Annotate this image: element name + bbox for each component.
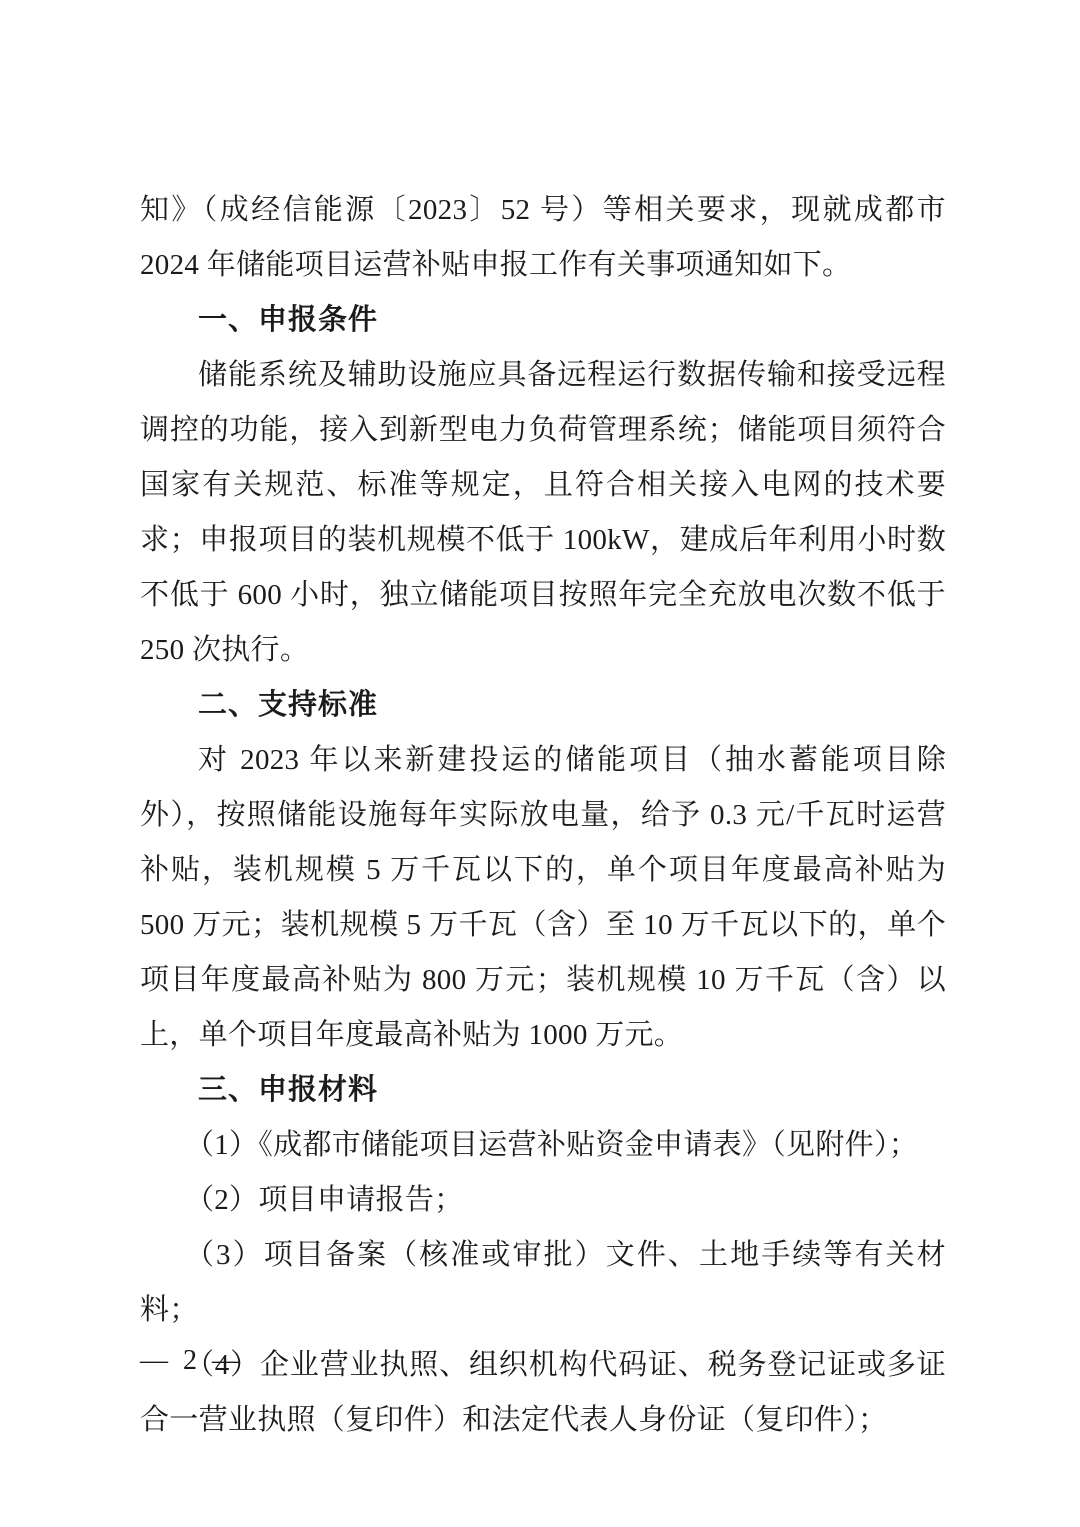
document-page: 知》（成经信能源〔2023〕52 号）等相关要求，现就成都市 2024 年储能项… — [0, 0, 1080, 1527]
section-1-paragraph: 储能系统及辅助设施应具备远程运行数据传输和接受远程调控的功能，接入到新型电力负荷… — [140, 348, 946, 678]
material-item-3: （3）项目备案（核准或审批）文件、土地手续等有关材料； — [140, 1228, 946, 1338]
page-number: — 2 — — [140, 1340, 244, 1382]
material-item-1: （1）《成都市储能项目运营补贴资金申请表》（见附件）； — [140, 1118, 946, 1173]
section-heading-1: 一、申报条件 — [140, 293, 946, 348]
material-item-4: （4）企业营业执照、组织机构代码证、税务登记证或多证合一营业执照（复印件）和法定… — [140, 1338, 946, 1448]
section-heading-2: 二、支持标准 — [140, 678, 946, 733]
continuation-paragraph: 知》（成经信能源〔2023〕52 号）等相关要求，现就成都市 2024 年储能项… — [140, 183, 946, 293]
section-2-paragraph: 对 2023 年以来新建投运的储能项目（抽水蓄能项目除外），按照储能设施每年实际… — [140, 733, 946, 1063]
document-body: 知》（成经信能源〔2023〕52 号）等相关要求，现就成都市 2024 年储能项… — [140, 183, 946, 1448]
section-heading-3: 三、申报材料 — [140, 1063, 946, 1118]
material-item-2: （2）项目申请报告； — [140, 1173, 946, 1228]
